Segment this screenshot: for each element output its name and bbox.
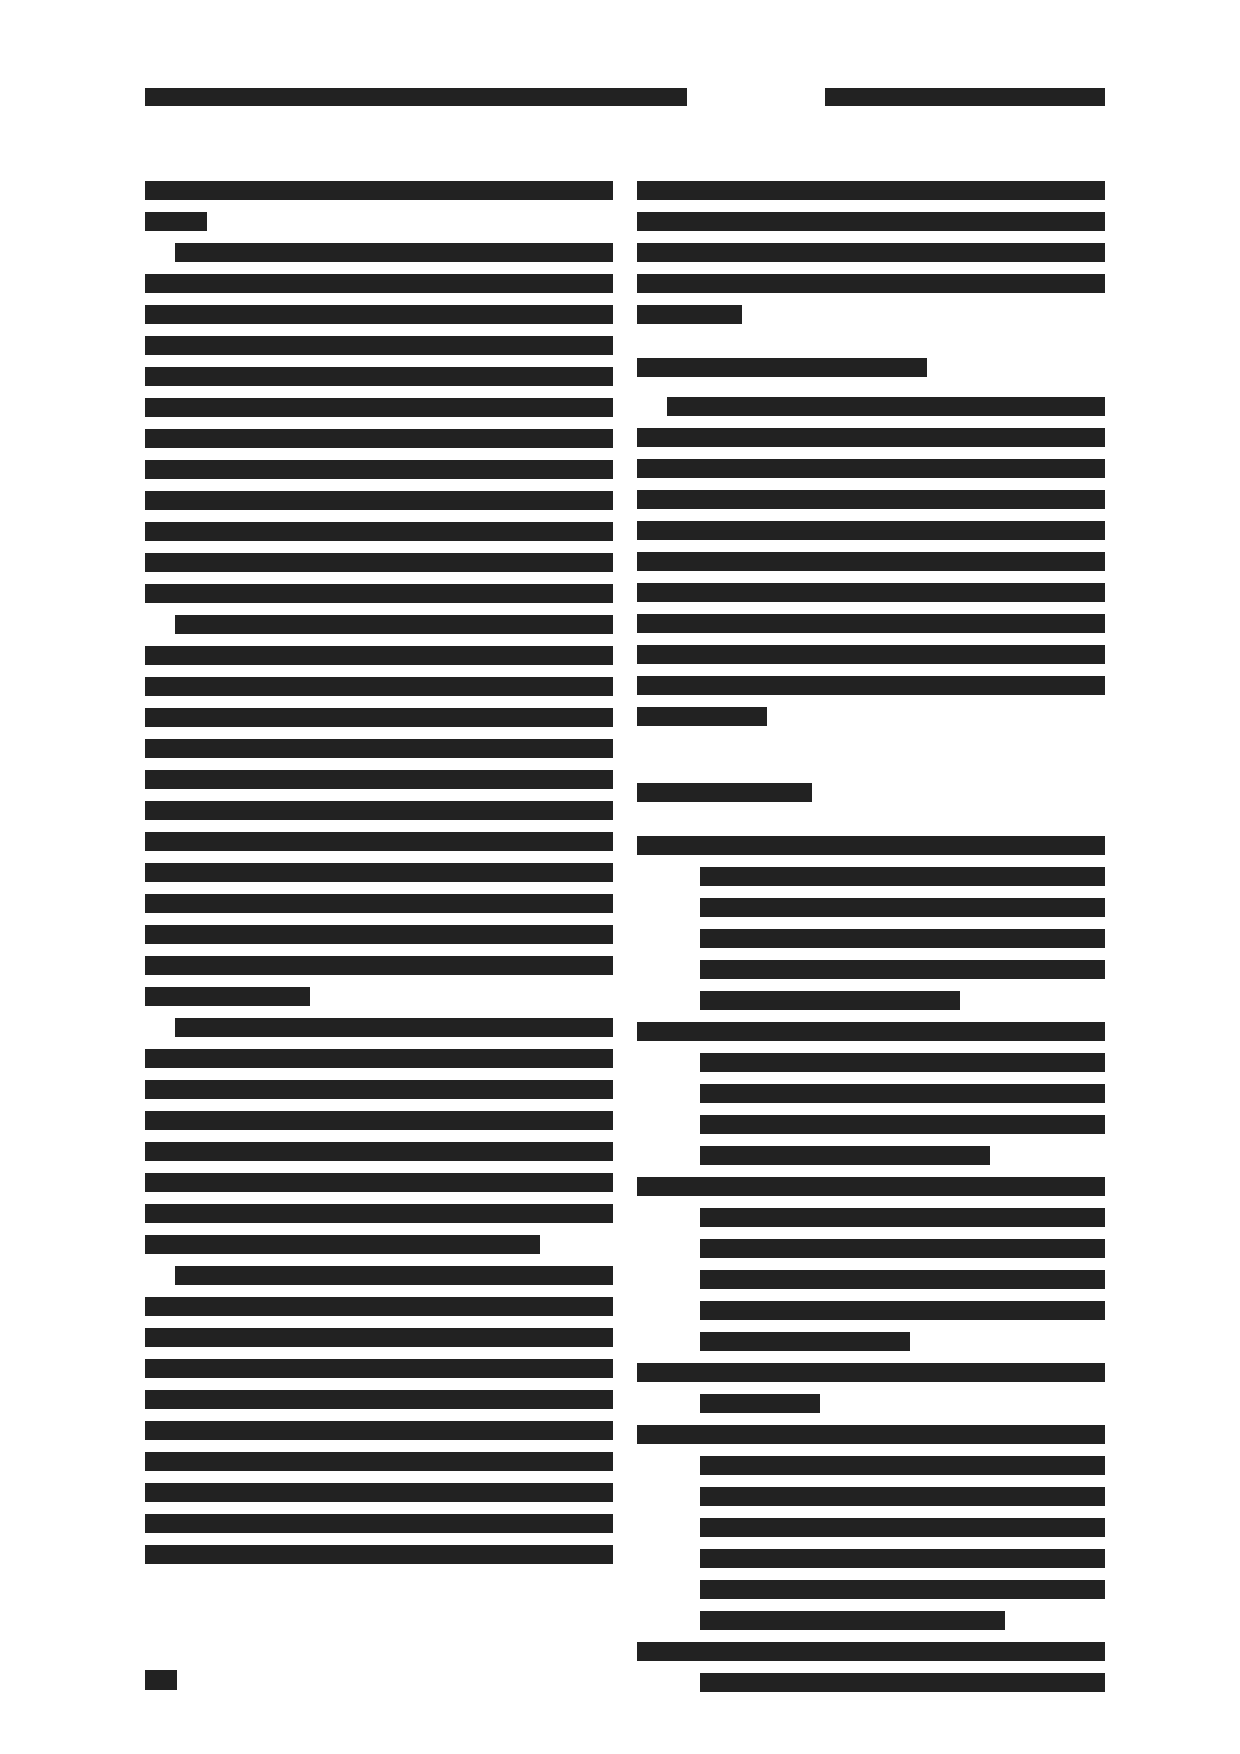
reference-continuation: [637, 1512, 1105, 1543]
text-line: [145, 826, 613, 857]
redacted-text-bar: [637, 1363, 1105, 1382]
redacted-text-bar: [145, 336, 613, 355]
text-line: [145, 1353, 613, 1384]
redacted-text-bar: [145, 1514, 613, 1533]
text-line: [145, 919, 613, 950]
text-line: [145, 423, 613, 454]
spacer: [637, 383, 1105, 391]
redacted-text-bar: [637, 212, 1105, 231]
text-line: [637, 268, 1105, 299]
text-line: [145, 888, 613, 919]
redacted-text-bar: [145, 677, 613, 696]
redacted-text-bar: [145, 770, 613, 789]
reference-entry: [637, 1171, 1105, 1202]
redacted-text-bar: [700, 960, 1105, 979]
text-line: [145, 1012, 613, 1043]
reference-continuation: [637, 1078, 1105, 1109]
redacted-text-bar: [145, 1483, 613, 1502]
text-line: [145, 1384, 613, 1415]
text-line: [145, 1539, 613, 1570]
text-line: [145, 733, 613, 764]
text-line: [145, 981, 613, 1012]
text-line: [637, 515, 1105, 546]
redacted-text-bar: [145, 894, 613, 913]
redacted-text-bar: [637, 583, 1105, 602]
reference-continuation: [637, 861, 1105, 892]
text-line: [145, 485, 613, 516]
redacted-text-bar: [637, 707, 767, 726]
redacted-text-bar: [637, 358, 927, 377]
redacted-text-bar: [700, 1394, 820, 1413]
redacted-text-bar: [700, 867, 1105, 886]
reference-continuation: [637, 892, 1105, 923]
redacted-text-bar: [145, 491, 613, 510]
reference-entry: [637, 1419, 1105, 1450]
text-line: [145, 299, 613, 330]
running-head-left: [145, 88, 687, 106]
section-heading: [637, 352, 1105, 383]
redacted-text-bar: [145, 832, 613, 851]
text-line: [637, 577, 1105, 608]
redacted-text-bar: [637, 1425, 1105, 1444]
redacted-text-bar: [145, 708, 613, 727]
redacted-text-bar: [700, 1456, 1105, 1475]
redacted-text-bar: [637, 243, 1105, 262]
text-line: [637, 608, 1105, 639]
redacted-text-bar: [637, 428, 1105, 447]
text-line: [637, 422, 1105, 453]
redacted-text-bar: [700, 1549, 1105, 1568]
text-line: [145, 1229, 613, 1260]
text-line: [145, 950, 613, 981]
text-line: [145, 1291, 613, 1322]
text-line: [145, 1136, 613, 1167]
redacted-text-bar: [145, 801, 613, 820]
redacted-text-bar: [700, 1518, 1105, 1537]
redacted-text-bar: [637, 676, 1105, 695]
reference-continuation: [637, 1326, 1105, 1357]
redacted-text-bar: [700, 1115, 1105, 1134]
spacer: [637, 330, 1105, 352]
redacted-text-bar: [700, 898, 1105, 917]
reference-entry: [637, 1357, 1105, 1388]
reference-continuation: [637, 1543, 1105, 1574]
text-line: [145, 764, 613, 795]
redacted-text-bar: [145, 925, 613, 944]
redacted-text-bar: [145, 1328, 613, 1347]
redacted-text-bar: [145, 367, 613, 386]
redacted-text-bar: [637, 181, 1105, 200]
text-line: [145, 795, 613, 826]
text-line: [145, 237, 613, 268]
text-line: [637, 453, 1105, 484]
text-line: [145, 1105, 613, 1136]
redacted-text-bar: [700, 1053, 1105, 1072]
reference-continuation: [637, 1388, 1105, 1419]
redacted-text-bar: [637, 783, 812, 802]
redacted-text-bar: [145, 1359, 613, 1378]
redacted-text-bar: [145, 429, 613, 448]
text-line: [145, 1415, 613, 1446]
redacted-text-bar: [700, 1580, 1105, 1599]
redacted-text-bar: [637, 1177, 1105, 1196]
redacted-text-bar: [700, 1611, 1005, 1630]
text-line: [637, 484, 1105, 515]
redacted-text-bar: [700, 1332, 910, 1351]
redacted-text-bar: [637, 836, 1105, 855]
right-column: [637, 175, 1105, 1698]
redacted-text-bar: [145, 181, 613, 200]
text-line: [637, 175, 1105, 206]
redacted-text-bar: [637, 552, 1105, 571]
redacted-text-bar: [637, 1022, 1105, 1041]
redacted-text-bar: [145, 1297, 613, 1316]
reference-continuation: [637, 1667, 1105, 1698]
redacted-text-bar: [700, 1084, 1105, 1103]
redacted-text-bar: [700, 1487, 1105, 1506]
redacted-text-bar: [145, 460, 613, 479]
text-line: [145, 268, 613, 299]
redacted-text-bar: [700, 1301, 1105, 1320]
redacted-text-bar: [637, 1642, 1105, 1661]
text-line: [637, 546, 1105, 577]
spacer: [637, 808, 1105, 830]
redacted-text-bar: [145, 1204, 613, 1223]
redacted-text-bar: [145, 1142, 613, 1161]
redacted-text-bar: [145, 1173, 613, 1192]
text-line: [637, 206, 1105, 237]
reference-continuation: [637, 1605, 1105, 1636]
redacted-text-bar: [145, 1421, 613, 1440]
redacted-text-bar: [175, 1266, 613, 1285]
redacted-text-bar: [145, 956, 613, 975]
text-line: [145, 392, 613, 423]
text-line: [145, 1260, 613, 1291]
reference-continuation: [637, 954, 1105, 985]
redacted-text-bar: [175, 243, 613, 262]
redacted-text-bar: [637, 521, 1105, 540]
text-line: [637, 670, 1105, 701]
text-line: [145, 516, 613, 547]
text-line: [145, 454, 613, 485]
redacted-text-bar: [145, 1049, 613, 1068]
redacted-text-bar: [637, 459, 1105, 478]
redacted-text-bar: [145, 305, 613, 324]
redacted-text-bar: [145, 1235, 540, 1254]
page-number: [145, 1670, 177, 1690]
reference-entry: [637, 830, 1105, 861]
redacted-text-bar: [700, 929, 1105, 948]
text-line: [145, 1074, 613, 1105]
text-line: [637, 299, 1105, 330]
redacted-text-bar: [145, 212, 207, 231]
redacted-text-bar: [145, 863, 613, 882]
reference-continuation: [637, 985, 1105, 1016]
reference-entry: [637, 1636, 1105, 1667]
redacted-text-bar: [700, 991, 960, 1010]
redacted-text-bar: [700, 1208, 1105, 1227]
text-line: [145, 702, 613, 733]
document-page: [0, 0, 1240, 1754]
text-line: [145, 578, 613, 609]
text-line: [145, 1322, 613, 1353]
text-line: [145, 1446, 613, 1477]
text-line: [637, 701, 1105, 732]
reference-continuation: [637, 923, 1105, 954]
reference-continuation: [637, 1233, 1105, 1264]
text-line: [145, 1043, 613, 1074]
redacted-text-bar: [145, 1390, 613, 1409]
redacted-text-bar: [700, 1270, 1105, 1289]
redacted-text-bar: [145, 1452, 613, 1471]
references-heading: [637, 777, 1105, 808]
spacer: [637, 732, 1105, 777]
text-line: [145, 671, 613, 702]
redacted-text-bar: [637, 305, 742, 324]
redacted-text-bar: [700, 1239, 1105, 1258]
redacted-text-bar: [175, 615, 613, 634]
text-line: [637, 639, 1105, 670]
redacted-text-bar: [667, 397, 1105, 416]
redacted-text-bar: [145, 522, 613, 541]
text-line: [145, 1198, 613, 1229]
reference-continuation: [637, 1109, 1105, 1140]
text-line: [637, 237, 1105, 268]
redacted-text-bar: [637, 645, 1105, 664]
redacted-text-bar: [145, 553, 613, 572]
text-line: [145, 330, 613, 361]
redacted-text-bar: [637, 614, 1105, 633]
text-line: [145, 1477, 613, 1508]
redacted-text-bar: [145, 739, 613, 758]
text-line: [145, 1508, 613, 1539]
redacted-text-bar: [145, 1111, 613, 1130]
running-head-right: [825, 88, 1105, 106]
redacted-text-bar: [637, 274, 1105, 293]
redacted-text-bar: [145, 646, 613, 665]
text-line: [145, 640, 613, 671]
redacted-text-bar: [637, 490, 1105, 509]
text-line: [145, 175, 613, 206]
redacted-text-bar: [145, 987, 310, 1006]
reference-continuation: [637, 1264, 1105, 1295]
reference-continuation: [637, 1450, 1105, 1481]
redacted-text-bar: [145, 274, 613, 293]
redacted-text-bar: [145, 398, 613, 417]
text-line: [145, 857, 613, 888]
reference-entry: [637, 1016, 1105, 1047]
redacted-text-bar: [145, 1080, 613, 1099]
text-line: [637, 391, 1105, 422]
text-line: [145, 547, 613, 578]
redacted-text-bar: [145, 1545, 613, 1564]
text-line: [145, 206, 613, 237]
reference-continuation: [637, 1574, 1105, 1605]
text-line: [145, 361, 613, 392]
text-line: [145, 1167, 613, 1198]
reference-continuation: [637, 1481, 1105, 1512]
redacted-text-bar: [175, 1018, 613, 1037]
left-column: [145, 175, 613, 1570]
text-line: [145, 609, 613, 640]
reference-continuation: [637, 1202, 1105, 1233]
redacted-text-bar: [700, 1146, 990, 1165]
redacted-text-bar: [145, 584, 613, 603]
reference-continuation: [637, 1047, 1105, 1078]
reference-continuation: [637, 1140, 1105, 1171]
redacted-text-bar: [700, 1673, 1105, 1692]
reference-continuation: [637, 1295, 1105, 1326]
